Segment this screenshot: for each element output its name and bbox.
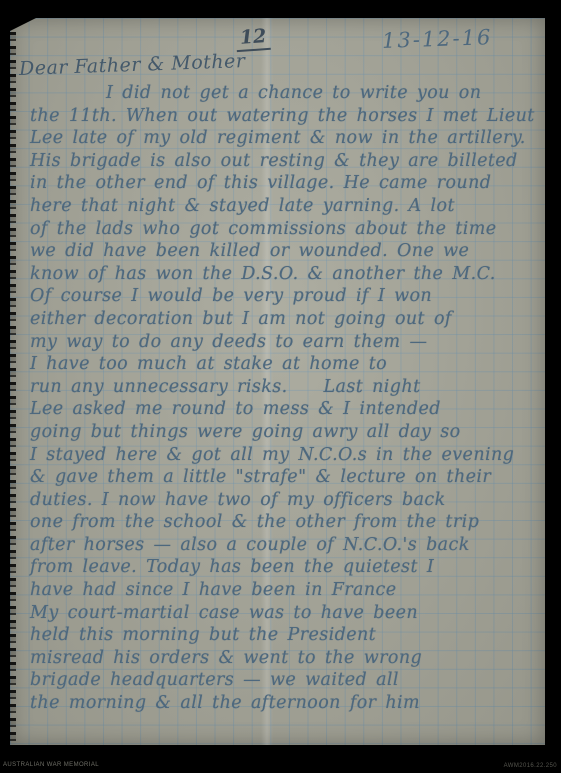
letter-line: we did have been killed or wounded. One … <box>30 240 539 263</box>
letter-line: My court-martial case was to have been <box>30 602 539 625</box>
letter-line: going but things were going awry all day… <box>30 421 539 444</box>
letter-line: & gave them a little "strafe" & lecture … <box>30 466 539 489</box>
page-number: 12 <box>235 25 271 52</box>
letter-line: here that night & stayed late yarning. A… <box>30 195 539 218</box>
letter-line: Lee asked me round to mess & I intended <box>30 398 539 421</box>
letter-line: I did not get a chance to write you on <box>30 82 539 105</box>
letter-line: from leave. Today has been the quietest … <box>30 556 539 579</box>
letter-line: of the lads who got commissions about th… <box>30 218 539 241</box>
torn-left-edge <box>9 18 16 745</box>
salutation: Dear Father & Mother <box>19 50 246 80</box>
letter-line: run any unnecessary risks. Last night <box>30 376 539 399</box>
archive-watermark: AUSTRALIAN WAR MEMORIAL <box>3 762 99 768</box>
letter-line: I stayed here & got all my N.C.O.s in th… <box>30 444 539 467</box>
letter-line: my way to do any deeds to earn them — <box>30 331 539 354</box>
letter-line: misread his orders & went to the wrong <box>30 647 539 670</box>
letter-body: I did not get a chance to write you onth… <box>30 82 539 715</box>
letter-line: have had since I have been in France <box>30 579 539 602</box>
letter-line: Of course I would be very proud if I won <box>30 285 539 308</box>
letter-page: 12 13-12-16 Dear Father & Mother I did n… <box>10 18 545 745</box>
letter-line: brigade headquarters — we waited all <box>30 669 539 692</box>
letter-line: know of has won the D.S.O. & another the… <box>30 263 539 286</box>
letter-line: either decoration but I am not going out… <box>30 308 539 331</box>
scanned-letter: 12 13-12-16 Dear Father & Mother I did n… <box>0 0 561 773</box>
letter-line: held this morning but the President <box>30 624 539 647</box>
letter-line: Lee late of my old regiment & now in the… <box>30 127 539 150</box>
letter-line: His brigade is also out resting & they a… <box>30 150 539 173</box>
letter-line: the morning & all the afternoon for him <box>30 692 539 715</box>
letter-line: one from the school & the other from the… <box>30 511 539 534</box>
letter-line: the 11th. When out watering the horses I… <box>30 105 539 128</box>
reference-number: AWM2016.22.250 <box>504 763 557 769</box>
letter-line: in the other end of this village. He cam… <box>30 172 539 195</box>
letter-line: I have too much at stake at home to <box>30 353 539 376</box>
letter-date: 13-12-16 <box>382 25 493 53</box>
letter-line: after horses — also a couple of N.C.O.'s… <box>30 534 539 557</box>
letter-line: duties. I now have two of my officers ba… <box>30 489 539 512</box>
